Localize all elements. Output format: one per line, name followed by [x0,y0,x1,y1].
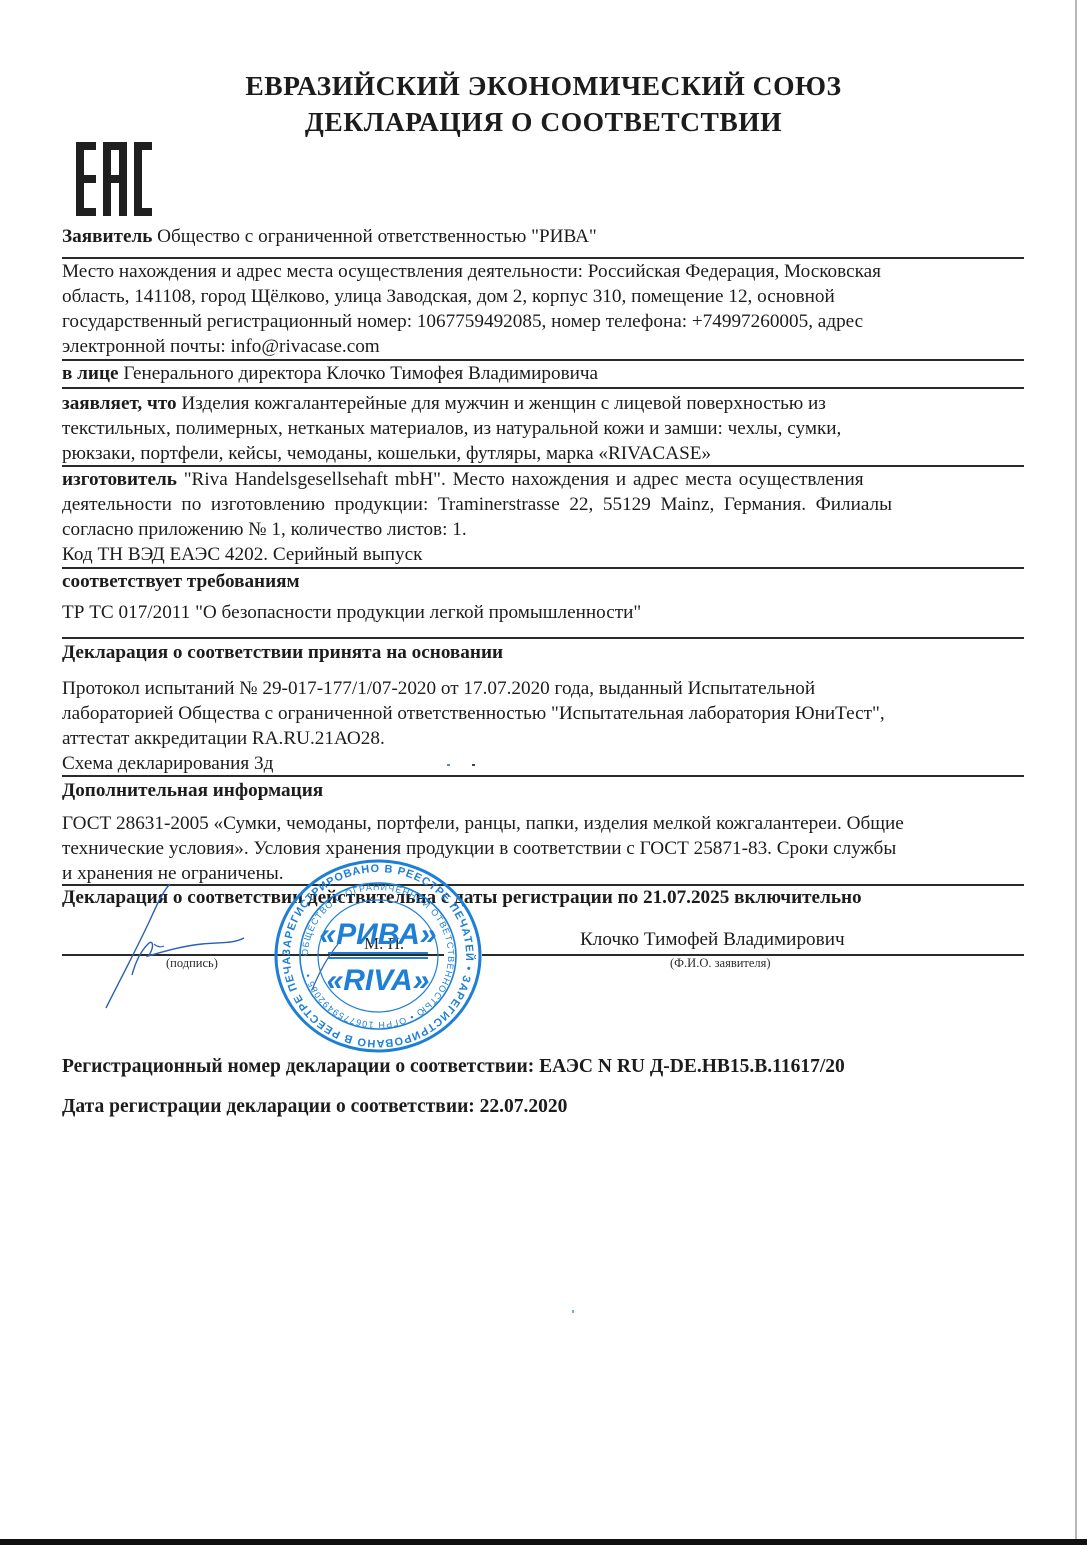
registration-number-value: ЕАЭС N RU Д-DE.НВ15.В.11617/20 [539,1056,845,1077]
declares-line: текстильных, полимерных, нетканых матери… [62,416,1024,441]
company-seal-stamp: ЗАРЕГИСТРИРОВАНО В РЕЕСТРЕ ПЕЧАТЕЙ • ЗАР… [272,858,484,1054]
manufacturer-line: деятельности по изготовлению продукции: … [62,492,1024,517]
additional-info-line: ГОСТ 28631-2005 «Сумки, чемоданы, портфе… [62,811,1024,836]
divider [62,637,1024,639]
address-line: электронной почты: info@rivacase.com [62,334,1024,359]
declares-line: Изделия кожгалантерейные для мужчин и же… [181,393,825,414]
basis-block: Декларация о соответствии принята на осн… [62,640,1024,776]
registration-date-value: 22.07.2020 [480,1096,568,1117]
title-declaration: ДЕКЛАРАЦИЯ О СООТВЕТСТВИИ [0,104,1087,140]
tn-ved-code: Код ТН ВЭД ЕАЭС 4202. Серийный выпуск [62,542,1024,567]
scan-speck [572,1310,574,1313]
applicant-label: Заявитель [62,226,152,247]
complies-label: соответствует требованиям [62,571,300,592]
registration-number-row: Регистрационный номер декларации о соотв… [62,1056,845,1078]
basis-label: Декларация о соответствии принята на осн… [62,642,503,663]
basis-line: аттестат аккредитации RA.RU.21АО28. [62,726,1024,751]
signer-caption: (Ф.И.О. заявителя) [670,956,771,971]
document-title: ЕВРАЗИЙСКИЙ ЭКОНОМИЧЕСКИЙ СОЮЗ ДЕКЛАРАЦИ… [0,68,1087,140]
address-line: область, 141108, город Щёлково, улица За… [62,284,1024,309]
represented-by-value: Генерального директора Клочко Тимофея Вл… [123,363,598,384]
scan-speck [472,764,475,766]
applicant-value: Общество с ограниченной ответственностью… [157,226,597,247]
signer-name: Клочко Тимофей Владимирович [580,927,845,952]
manufacturer-line: согласно приложению № 1, количество лист… [62,517,1024,542]
declaration-scheme: Схема декларирования 3д [62,751,1024,776]
basis-line: Протокол испытаний № 29-017-177/1/07-202… [62,676,1024,701]
additional-info-block: Дополнительная информация ГОСТ 28631-200… [62,778,1024,886]
represented-by-label: в лице [62,363,119,384]
registration-number-label: Регистрационный номер декларации о соотв… [62,1056,534,1077]
divider [62,387,1024,389]
manufacturer-line: "Riva Handelsgesellsehaft mbH". Место на… [184,469,864,490]
complies-value: ТР ТС 017/2011 "О безопасности продукции… [62,600,1024,625]
basis-line: лабораторией Общества с ограниченной отв… [62,701,1024,726]
manufacturer-label: изготовитель [62,469,177,490]
applicant-row: Заявитель Общество с ограниченной ответс… [62,224,1024,249]
address-line: Место нахождения и адрес места осуществл… [62,259,1024,284]
divider [62,775,1024,777]
page-bottom-border [0,1539,1087,1545]
title-union: ЕВРАЗИЙСКИЙ ЭКОНОМИЧЕСКИЙ СОЮЗ [0,68,1087,104]
declares-line: рюкзаки, портфели, кейсы, чемоданы, коше… [62,441,1024,466]
scan-speck [447,764,450,766]
registration-date-row: Дата регистрации декларации о соответств… [62,1096,567,1118]
manufacturer-block: изготовитель "Riva Handelsgesellsehaft m… [62,467,1024,567]
declares-block: заявляет, что Изделия кожгалантерейные д… [62,391,1024,466]
additional-info-line: технические условия». Условия хранения п… [62,836,1024,861]
address-block: Место нахождения и адрес места осуществл… [62,259,1024,359]
page-edge [1075,0,1077,1540]
complies-block: соответствует требованиям ТР ТС 017/2011… [62,569,1024,625]
additional-info-label: Дополнительная информация [62,780,323,801]
stamp-brand-latin: «RIVA» [327,964,430,997]
address-line: государственный регистрационный номер: 1… [62,309,1024,334]
eac-mark-icon [76,142,152,216]
declares-label: заявляет, что [62,393,177,414]
registration-date-label: Дата регистрации декларации о соответств… [62,1096,475,1117]
stamp-brand-cyrillic: «РИВА» [319,918,436,951]
represented-by-row: в лице Генерального директора Клочко Тим… [62,361,1024,386]
